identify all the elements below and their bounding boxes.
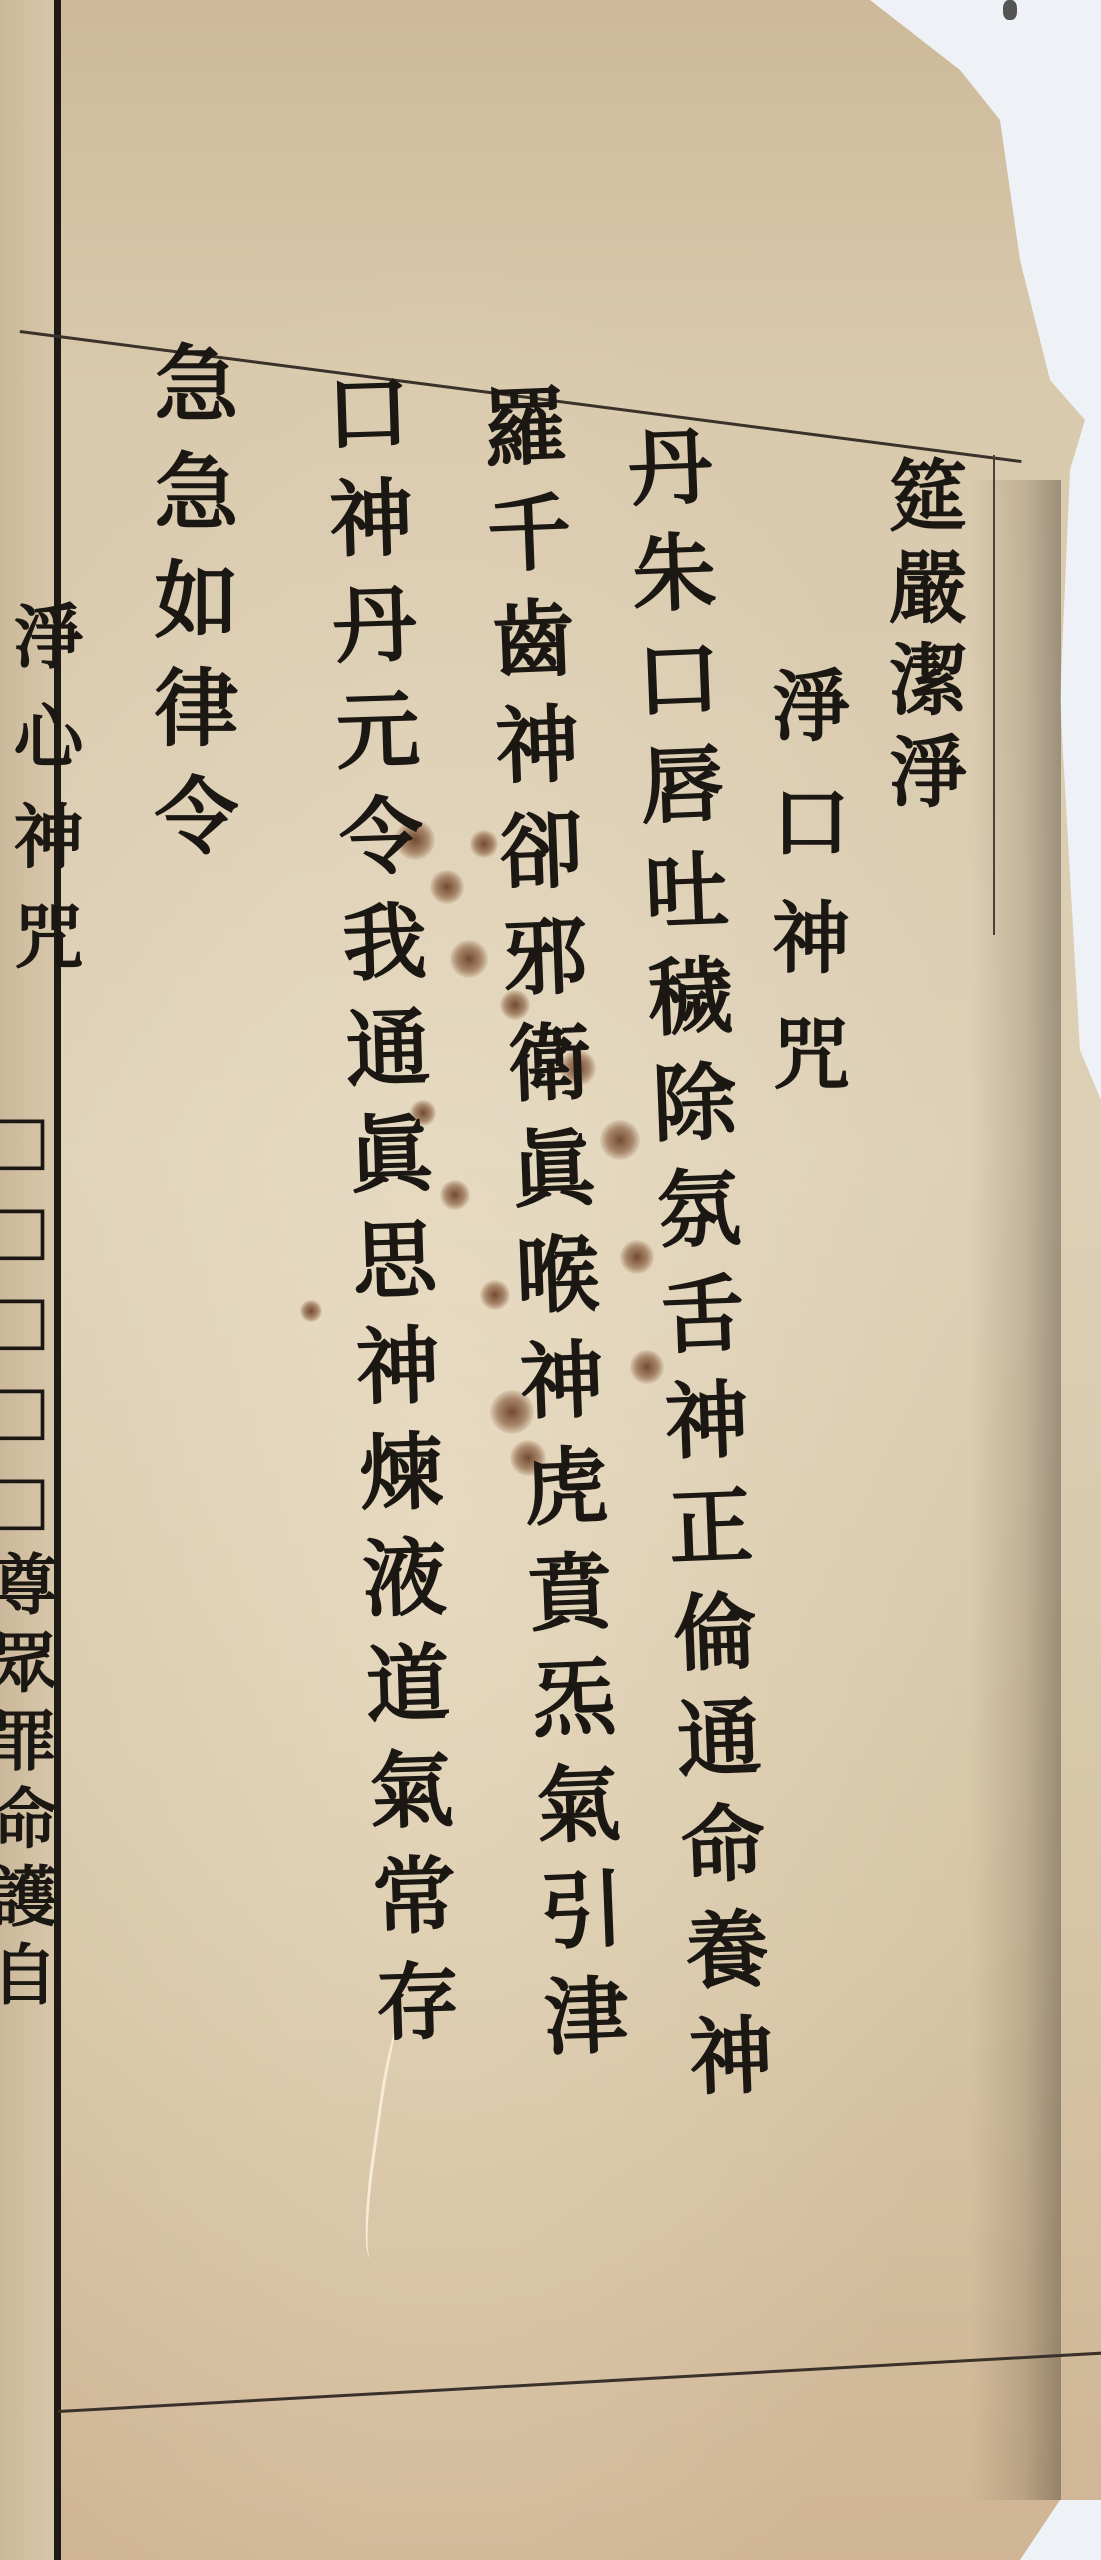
stain-spot [600, 1120, 640, 1160]
stain-spot [450, 940, 488, 978]
stain-spot [430, 870, 464, 904]
background-speck [1003, 0, 1017, 20]
right-frame-line [993, 455, 995, 935]
text-column-1: 筵嚴潔淨 [882, 455, 960, 823]
spine-border-line [54, 0, 61, 2560]
stain-spot [300, 1300, 322, 1322]
scripture-page: □□□□□尊眾罪命護自 筵嚴潔淨 淨口神咒 丹朱口唇吐穢除氛舌神正倫通命養神 羅… [0, 0, 1101, 2560]
heading-jingkou-shenzhou: 淨口神咒 [765, 665, 843, 1129]
heading-jingxin-shenzhou: 淨心神咒 [8, 600, 78, 1000]
closing-formula: 急急如律令 [148, 340, 232, 880]
stain-spot [440, 1180, 470, 1210]
